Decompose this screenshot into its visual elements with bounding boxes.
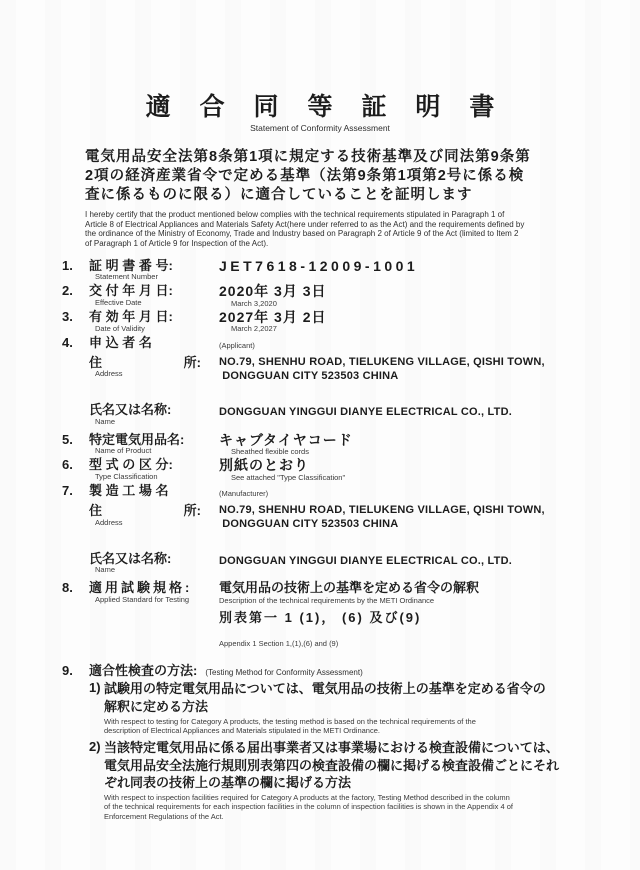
item-number: 9. (62, 663, 89, 678)
field-manufacturer: 7. 製 造 工 場 名 (Manufacturer) (62, 483, 602, 501)
field-label: 住 所: Address (89, 503, 219, 527)
item-number: 1. (62, 258, 89, 273)
field-label-en: Name of Product (95, 446, 219, 455)
field-value: DONGGUAN YINGGUI DIANYE ELECTRICAL CO., … (219, 402, 602, 420)
field-label-en: Statement Number (95, 272, 219, 281)
field-label-jp: 有 効 年 月 日: (89, 309, 219, 325)
address-label-jp: 住 所: (89, 503, 201, 519)
field-value: 2020年 3月 3日 March 3,2020 (219, 283, 602, 307)
certificate-title: 適 合 同 等 証 明 書 (0, 94, 640, 122)
address-label-left: 住 (89, 503, 102, 519)
certificate-fields: 1. 証 明 書 番 号: Statement Number JET7618-1… (62, 258, 602, 823)
name-label-jp: 氏名又は名称: (89, 551, 219, 567)
field-label: 型 式 の 区 分: Type Classification (89, 457, 219, 481)
item-number: 6. (62, 457, 89, 472)
address-label-en: Address (95, 369, 219, 378)
field-value: 電気用品の技術上の基準を定める省令の解釈 Description of the … (219, 580, 602, 648)
field-value: NO.79, SHENHU ROAD, TIELUKENG VILLAGE, Q… (219, 503, 602, 532)
address-label-left: 住 (89, 355, 102, 371)
manufacturer-label-en: (Manufacturer) (219, 489, 268, 498)
applicant-name-value: DONGGUAN YINGGUI DIANYE ELECTRICAL CO., … (219, 406, 512, 418)
applicant-address-value: NO.79, SHENHU ROAD, TIELUKENG VILLAGE, Q… (219, 355, 602, 384)
item-number: 4. (62, 335, 89, 350)
field-date-of-validity: 3. 有 効 年 月 日: Date of Validity 2027年 3月 … (62, 309, 602, 333)
field-type-classification: 6. 型 式 の 区 分: Type Classification 別紙のとおり… (62, 457, 602, 481)
field-value: DONGGUAN YINGGUI DIANYE ELECTRICAL CO., … (219, 551, 602, 569)
field-label-en: (Testing Method for Conformity Assessmen… (205, 668, 362, 677)
address-label-jp: 住 所: (89, 355, 201, 371)
field-label-jp: 型 式 の 区 分: (89, 457, 219, 473)
validity-date-value-jp: 2027年 3月 2日 (219, 309, 602, 325)
certificate-page: 適 合 同 等 証 明 書 Statement of Conformity As… (0, 0, 640, 870)
statement-number-value: JET7618-12009-1001 (219, 258, 418, 274)
field-value: 2027年 3月 2日 March 2,2027 (219, 309, 602, 333)
field-label: 氏名又は名称: Name (89, 551, 219, 575)
sub-item-marker: 2) (89, 739, 104, 823)
testing-method-sub-1-jp: 試験用の特定電気用品については、電気用品の技術上の基準を定める省令の 解釈に定め… (104, 680, 546, 715)
item-number: 2. (62, 283, 89, 298)
field-label: 住 所: Address (89, 355, 219, 379)
effective-date-value-en: March 3,2020 (231, 300, 602, 308)
item-number: 8. (62, 580, 89, 595)
field-testing-method: 9. 適合性検査の方法: (Testing Method for Conform… (62, 663, 602, 823)
field-label-jp: 特定電気用品名: (89, 432, 219, 448)
certification-statement-en: I hereby certify that the product mentio… (85, 210, 585, 249)
applied-standard-jp-2: 別表第一 1 (1)， (6) 及び(9) (219, 607, 602, 626)
field-label-en: Type Classification (95, 472, 219, 481)
testing-method-sub-2-jp: 当該特定電気用品に係る届出事業者又は事業場における検査設備については、 電気用品… (104, 739, 559, 792)
field-label: 有 効 年 月 日: Date of Validity (89, 309, 219, 333)
name-label-en: Name (95, 565, 219, 574)
field-value: キャブタイヤコード Sheathed flexible cords (219, 432, 602, 456)
field-label: 適用試験規格: Applied Standard for Testing (89, 580, 219, 604)
field-label-en: Applied Standard for Testing (95, 595, 219, 604)
testing-method-sub-1-en: With respect to testing for Category A p… (104, 717, 546, 736)
field-label-jp: 申 込 者 名 (89, 335, 219, 351)
field-product-name: 5. 特定電気用品名: Name of Product キャブタイヤコード Sh… (62, 432, 602, 456)
field-label: 証 明 書 番 号: Statement Number (89, 258, 219, 282)
field-manufacturer-name: 氏名又は名称: Name DONGGUAN YINGGUI DIANYE ELE… (62, 551, 602, 575)
field-label: 特定電気用品名: Name of Product (89, 432, 219, 456)
certificate-subtitle: Statement of Conformity Assessment (0, 123, 640, 133)
field-applied-standard: 8. 適用試験規格: Applied Standard for Testing … (62, 580, 602, 648)
field-value: NO.79, SHENHU ROAD, TIELUKENG VILLAGE, Q… (219, 355, 602, 384)
field-label-en: Date of Validity (95, 324, 219, 333)
field-applicant-name: 氏名又は名称: Name DONGGUAN YINGGUI DIANYE ELE… (62, 402, 602, 426)
field-label-jp: 交 付 年 月 日: (89, 283, 219, 299)
name-label-en: Name (95, 417, 219, 426)
field-value: 別紙のとおり See attached "Type Classification… (219, 457, 602, 481)
field-label: 氏名又は名称: Name (89, 402, 219, 426)
field-applicant-address: 住 所: Address NO.79, SHENHU ROAD, TIELUKE… (62, 355, 602, 384)
field-label-jp: 適用試験規格: (89, 580, 219, 596)
field-applicant: 4. 申 込 者 名 (Applicant) (62, 335, 602, 353)
applied-standard-en-2: Appendix 1 Section 1,(1),(6) and (9) (219, 639, 602, 648)
effective-date-value-jp: 2020年 3月 3日 (219, 283, 602, 299)
name-label-jp: 氏名又は名称: (89, 402, 219, 418)
field-label-jp: 製 造 工 場 名 (89, 483, 219, 499)
field-statement-number: 1. 証 明 書 番 号: Statement Number JET7618-1… (62, 258, 602, 282)
testing-method-sub-1: 1) 試験用の特定電気用品については、電気用品の技術上の基準を定める省令の 解釈… (89, 680, 602, 737)
testing-method-sub-2-en: With respect to inspection facilities re… (104, 793, 559, 821)
sub-item-marker: 1) (89, 680, 104, 737)
field-label-en: Effective Date (95, 298, 219, 307)
item-number: 7. (62, 483, 89, 498)
manufacturer-address-value: NO.79, SHENHU ROAD, TIELUKENG VILLAGE, Q… (219, 503, 602, 532)
sub-item-content: 試験用の特定電気用品については、電気用品の技術上の基準を定める省令の 解釈に定め… (104, 680, 546, 737)
field-value: JET7618-12009-1001 (219, 258, 602, 276)
applied-standard-en-1: Description of the technical requirement… (219, 596, 602, 605)
product-name-value-jp: キャブタイヤコード (219, 432, 602, 448)
type-classification-value-en: See attached "Type Classification" (231, 474, 602, 482)
field-manufacturer-address: 住 所: Address NO.79, SHENHU ROAD, TIELUKE… (62, 503, 602, 532)
field-value: (Manufacturer) (219, 483, 602, 501)
field-value: (Applicant) (219, 335, 602, 353)
certification-statement-jp: 電気用品安全法第8条第1項に規定する技術基準及び同法第9条第 2項の経済産業省令… (85, 148, 585, 205)
field-label: 製 造 工 場 名 (89, 483, 219, 499)
address-label-right: 所: (184, 503, 201, 519)
field-label-jp: 証 明 書 番 号: (89, 258, 219, 274)
sub-item-content: 当該特定電気用品に係る届出事業者又は事業場における検査設備については、 電気用品… (104, 739, 559, 823)
type-classification-value-jp: 別紙のとおり (219, 457, 602, 473)
product-name-value-en: Sheathed flexible cords (231, 448, 602, 456)
testing-method-sub-2: 2) 当該特定電気用品に係る届出事業者又は事業場における検査設備については、 電… (89, 739, 602, 823)
validity-date-value-en: March 2,2027 (231, 325, 602, 333)
manufacturer-name-value: DONGGUAN YINGGUI DIANYE ELECTRICAL CO., … (219, 555, 512, 567)
applicant-label-en: (Applicant) (219, 341, 255, 350)
field-label: 交 付 年 月 日: Effective Date (89, 283, 219, 307)
testing-method-heading: 9. 適合性検査の方法: (Testing Method for Conform… (62, 663, 602, 679)
field-label-jp: 適合性検査の方法: (89, 663, 197, 679)
address-label-en: Address (95, 518, 219, 527)
applied-standard-jp-1: 電気用品の技術上の基準を定める省令の解釈 (219, 580, 602, 596)
field-effective-date: 2. 交 付 年 月 日: Effective Date 2020年 3月 3日… (62, 283, 602, 307)
item-number: 5. (62, 432, 89, 447)
field-label: 申 込 者 名 (89, 335, 219, 351)
item-number: 3. (62, 309, 89, 324)
address-label-right: 所: (184, 355, 201, 371)
